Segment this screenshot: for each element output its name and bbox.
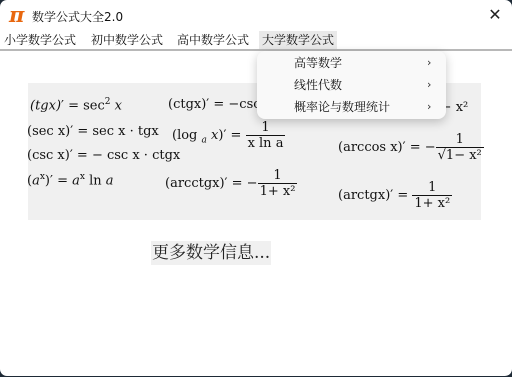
menu-high-school-math[interactable]: 高中数学公式 — [174, 31, 252, 49]
dropdown-item-label: 高等数学 — [294, 52, 342, 74]
formula-tg: (tgx)′ = sec2 x — [30, 97, 122, 113]
formula-arctg: (arctgx)′ = 11+ x² — [338, 180, 452, 211]
formula-log: (log a x)′ = 1x ln a — [172, 120, 285, 151]
menu-primary-math[interactable]: 小学数学公式 — [1, 31, 79, 49]
menu-bar: 小学数学公式 初中数学公式 高中数学公式 大学数学公式 — [0, 31, 512, 51]
close-button[interactable]: ✕ — [484, 5, 506, 25]
chevron-right-icon: › — [427, 74, 431, 96]
formula-arcctg: (arcctgx)′ = −11+ x² — [165, 168, 297, 199]
menu-middle-school-math[interactable]: 初中数学公式 — [88, 31, 166, 49]
dropdown-item-linear-algebra[interactable]: 线性代数 › — [257, 74, 446, 96]
dropdown-item-probability-statistics[interactable]: 概率论与数理统计 › — [257, 96, 446, 118]
chevron-right-icon: › — [427, 52, 431, 74]
more-math-info-button[interactable]: 更多数学信息... — [151, 241, 271, 265]
pi-icon: π — [9, 5, 27, 25]
dropdown-item-label: 线性代数 — [294, 74, 342, 96]
formula-ax: (ax)′ = ax ln a — [27, 172, 114, 188]
menu-university-math[interactable]: 大学数学公式 — [259, 31, 337, 49]
university-math-dropdown: 高等数学 › 线性代数 › 概率论与数理统计 › — [257, 51, 446, 119]
formula-arccos: (arccos x)′ = −1√1− x² — [338, 132, 484, 163]
dropdown-item-label: 概率论与数理统计 — [294, 96, 390, 118]
title-bar: π 数学公式大全2.0 ✕ — [0, 0, 512, 30]
formula-sec: (sec x)′ = sec x · tgx — [27, 124, 159, 139]
window-title: 数学公式大全2.0 — [32, 8, 123, 25]
dropdown-item-advanced-math[interactable]: 高等数学 › — [257, 52, 446, 74]
formula-ctg: (ctgx)′ = −csc — [168, 97, 261, 112]
formula-csc: (csc x)′ = − csc x · ctgx — [27, 148, 180, 163]
app-window: π 数学公式大全2.0 ✕ 小学数学公式 初中数学公式 高中数学公式 大学数学公… — [0, 0, 512, 376]
chevron-right-icon: › — [427, 96, 431, 118]
